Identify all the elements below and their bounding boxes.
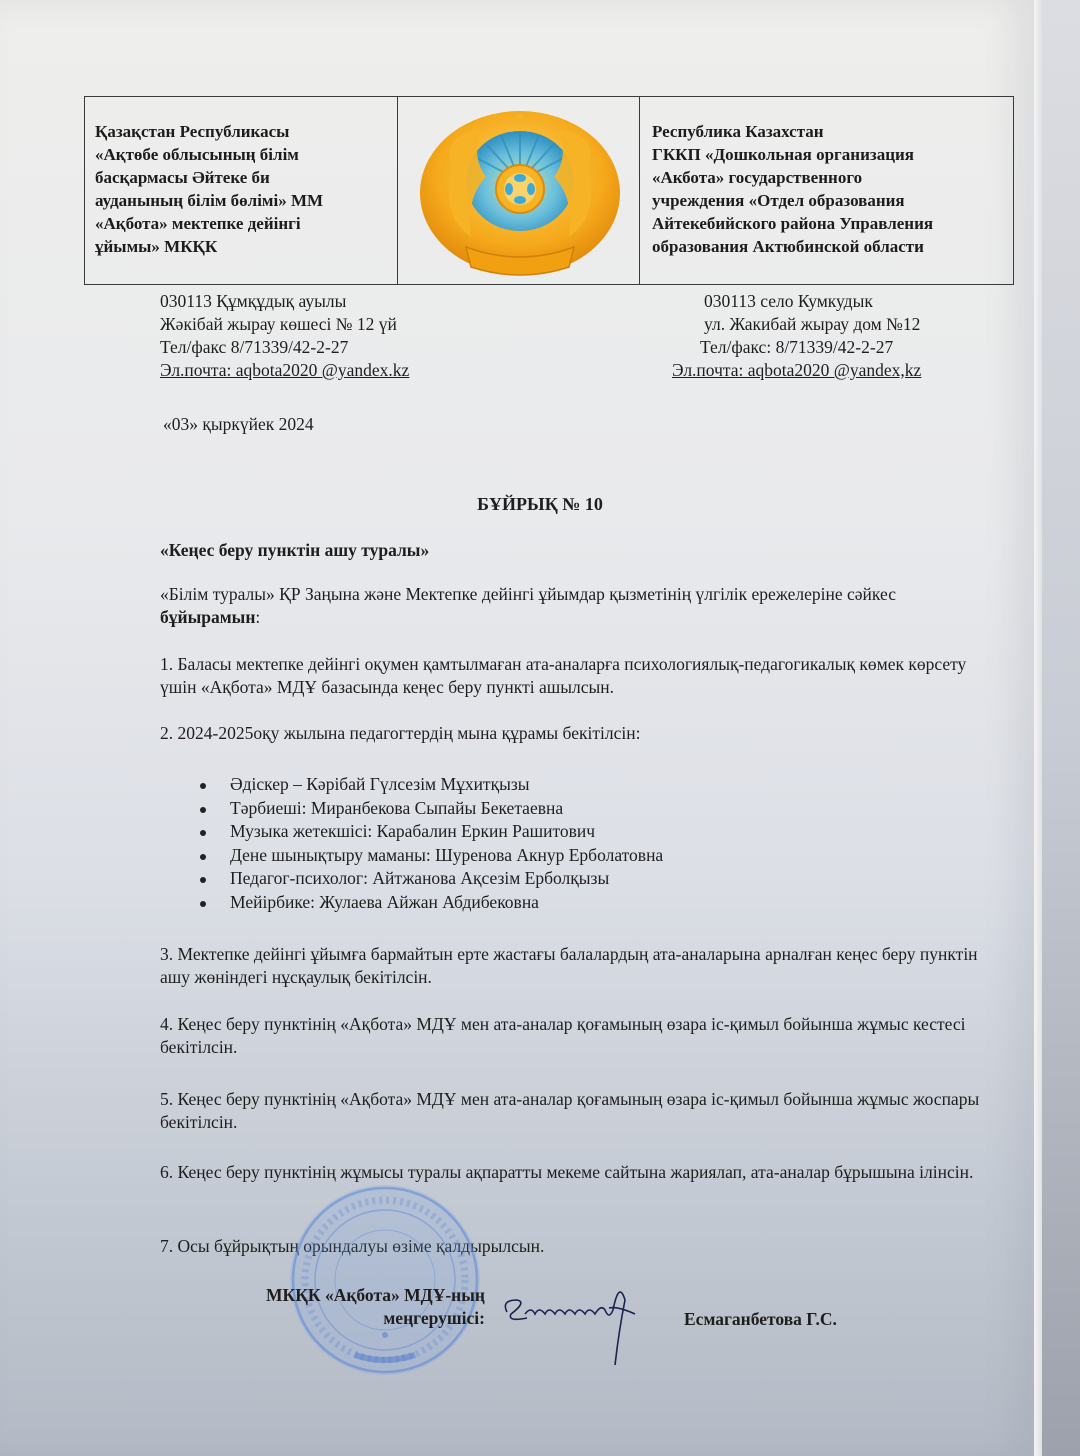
preamble-end: :	[255, 607, 260, 627]
address-locality: 030113 село Кумкудык	[704, 290, 921, 313]
signatory-title-line2: меңгерушісі:	[220, 1307, 485, 1330]
background-surface	[1042, 0, 1080, 1456]
stamp-icon	[285, 1180, 485, 1380]
order-title: БҰЙРЫҚ № 10	[0, 494, 1080, 515]
order-item-4: 4. Кеңес беру пунктінің «Ақбота» МДҰ мен…	[160, 1013, 990, 1059]
order-subject: «Кеңес беру пунктін ашу туралы»	[160, 540, 429, 561]
address-email[interactable]: Эл.почта: aqbota2020 @yandex.kz	[160, 359, 409, 382]
address-street: ул. Жакибай жырау дом №12	[704, 313, 921, 336]
address-block-ru: 030113 село Кумкудык ул. Жакибай жырау д…	[700, 290, 921, 382]
address-locality: 030113 Құмқұдық ауылы	[160, 290, 409, 313]
address-phone: Тел/факс: 8/71339/42-2-27	[700, 336, 921, 359]
signatory-name: Есмаганбетова Г.С.	[684, 1309, 837, 1330]
preamble: «Білім туралы» ҚР Заңына және Мектепке д…	[160, 583, 990, 629]
address-street: Жәкібай жырау көшесі № 12 үй	[160, 313, 409, 336]
signatory-title: МКҚК «Ақбота» МДҰ-ның меңгерушісі:	[220, 1284, 485, 1330]
letterhead-ru-cell: Республика Казахстан ГККП «Дошкольная ор…	[640, 97, 1013, 284]
letterhead-kz-cell: Қазақстан Республикасы «Ақтөбе облысының…	[85, 97, 398, 284]
signatory-title-line1: МКҚК «Ақбота» МДҰ-ның	[220, 1284, 485, 1307]
staff-list-item: Тәрбиеші: Миранбекова Сыпайы Бекетаевна	[196, 797, 663, 821]
page-edge	[1034, 0, 1042, 1456]
order-item-5: 5. Кеңес беру пунктінің «Ақбота» МДҰ мен…	[160, 1088, 990, 1134]
address-block-kz: 030113 Құмқұдық ауылы Жәкібай жырау көше…	[160, 290, 409, 382]
preamble-bold: бұйырамын	[160, 607, 255, 627]
order-item-3: 3. Мектепке дейінгі ұйымға бармайтын ерт…	[160, 943, 990, 989]
org-name-ru: Республика Казахстан ГККП «Дошкольная ор…	[652, 120, 1013, 258]
state-emblem-icon	[411, 107, 629, 279]
preamble-text: «Білім туралы» ҚР Заңына және Мектепке д…	[160, 584, 896, 604]
order-item-1: 1. Баласы мектепке дейінгі оқумен қамтыл…	[160, 653, 990, 699]
signature-icon	[497, 1270, 657, 1370]
staff-list-item: Дене шынықтыру маманы: Шуренова Акнур Ер…	[196, 844, 663, 868]
order-item-2: 2. 2024-2025оқу жылына педагогтердің мын…	[160, 722, 990, 745]
staff-list: Әдіскер – Кәрібай Гүлсезім Мұхитқызы Тәр…	[196, 773, 663, 915]
org-name-kz: Қазақстан Республикасы «Ақтөбе облысының…	[95, 120, 397, 258]
staff-list-item: Әдіскер – Кәрібай Гүлсезім Мұхитқызы	[196, 773, 663, 797]
staff-list-item: Музыка жетекшісі: Карабалин Еркин Рашито…	[196, 820, 663, 844]
address-phone: Тел/факс 8/71339/42-2-27	[160, 336, 409, 359]
letterhead-emblem-cell	[398, 97, 640, 284]
staff-list-item: Мейірбике: Жулаева Айжан Абдибековна	[196, 891, 663, 915]
address-email[interactable]: Эл.почта: aqbota2020 @yandex,kz	[672, 359, 921, 382]
staff-list-item: Педагог-психолог: Айтжанова Ақсезім Ербо…	[196, 867, 663, 891]
document-date: «03» қыркүйек 2024	[163, 414, 314, 435]
letterhead-table: Қазақстан Республикасы «Ақтөбе облысының…	[84, 96, 1014, 285]
